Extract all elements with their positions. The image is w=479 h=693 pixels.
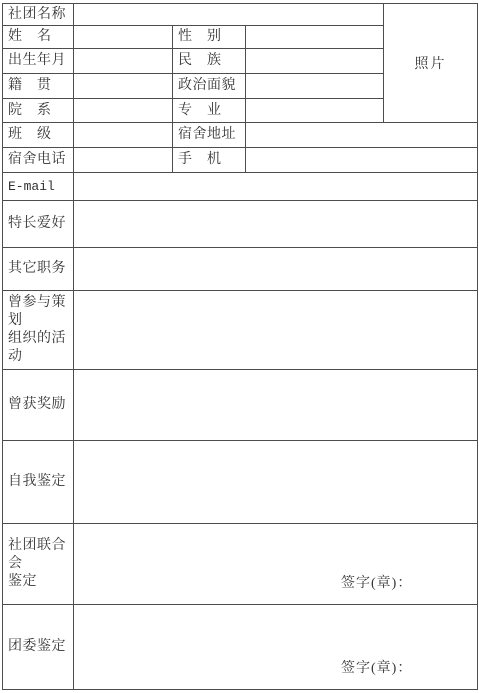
ethnicity-value-cell — [246, 49, 384, 74]
dorm-address-value-cell — [246, 123, 478, 148]
major-label: 专 业 — [173, 99, 246, 123]
league-assessment-label: 团委鉴定 — [3, 605, 74, 690]
row-hobbies: 特长爱好 — [3, 201, 478, 248]
gender-label: 性 别 — [173, 26, 246, 49]
other-positions-value-cell — [74, 248, 478, 291]
row-organized-activities: 曾参与策划 组织的活动 — [3, 291, 478, 370]
league-signature-seal-label: 签字(章)： — [341, 657, 412, 677]
federation-assessment-value-cell: 签字(章)： — [74, 524, 478, 605]
name-label: 姓 名 — [3, 26, 74, 49]
gender-value-cell — [246, 26, 384, 49]
club-name-label: 社团名称 — [3, 4, 74, 26]
major-value-cell — [246, 99, 384, 123]
native-place-label: 籍 贯 — [3, 74, 74, 99]
class-label: 班 级 — [3, 123, 74, 148]
row-self-assessment: 自我鉴定 — [3, 441, 478, 524]
organized-activities-value-cell — [74, 291, 478, 370]
row-awards: 曾获奖励 — [3, 370, 478, 441]
mobile-value-cell — [246, 148, 478, 173]
native-place-value-cell — [74, 74, 173, 99]
league-assessment-value-cell: 签字(章)： — [74, 605, 478, 690]
email-label: E-mail — [3, 173, 74, 201]
birth-date-value-cell — [74, 49, 173, 74]
dorm-address-label: 宿舍地址 — [173, 123, 246, 148]
photo-cell: 照片 — [384, 4, 478, 123]
row-league-assessment: 团委鉴定 签字(章)： — [3, 605, 478, 690]
dorm-phone-value-cell — [74, 148, 173, 173]
department-value-cell — [74, 99, 173, 123]
birth-date-label: 出生年月 — [3, 49, 74, 74]
department-label: 院 系 — [3, 99, 74, 123]
federation-signature-seal-label: 签字(章)： — [341, 572, 412, 592]
row-other-positions: 其它职务 — [3, 248, 478, 291]
other-positions-label: 其它职务 — [3, 248, 74, 291]
self-assessment-label: 自我鉴定 — [3, 441, 74, 524]
row-federation-assessment: 社团联合会 鉴定 签字(章)： — [3, 524, 478, 605]
federation-assessment-label: 社团联合会 鉴定 — [3, 524, 74, 605]
row-email: E-mail — [3, 173, 478, 201]
form-page: 社团名称 照片 姓 名 性 别 出生年月 民 族 籍 贯 政治面貌 院 系 专 … — [0, 0, 479, 693]
ethnicity-label: 民 族 — [173, 49, 246, 74]
hobbies-value-cell — [74, 201, 478, 248]
email-value-cell — [74, 173, 478, 201]
row-dorm-phone-mobile: 宿舍电话 手 机 — [3, 148, 478, 173]
hobbies-label: 特长爱好 — [3, 201, 74, 248]
political-status-label: 政治面貌 — [173, 74, 246, 99]
class-value-cell — [74, 123, 173, 148]
row-class-dorm-address: 班 级 宿舍地址 — [3, 123, 478, 148]
club-member-registration-table: 社团名称 照片 姓 名 性 别 出生年月 民 族 籍 贯 政治面貌 院 系 专 … — [2, 3, 478, 690]
political-status-value-cell — [246, 74, 384, 99]
organized-activities-label: 曾参与策划 组织的活动 — [3, 291, 74, 370]
name-value-cell — [74, 26, 173, 49]
row-club-name: 社团名称 照片 — [3, 4, 478, 26]
club-name-value-cell — [74, 4, 384, 26]
dorm-phone-label: 宿舍电话 — [3, 148, 74, 173]
self-assessment-value-cell — [74, 441, 478, 524]
awards-value-cell — [74, 370, 478, 441]
mobile-label: 手 机 — [173, 148, 246, 173]
awards-label: 曾获奖励 — [3, 370, 74, 441]
